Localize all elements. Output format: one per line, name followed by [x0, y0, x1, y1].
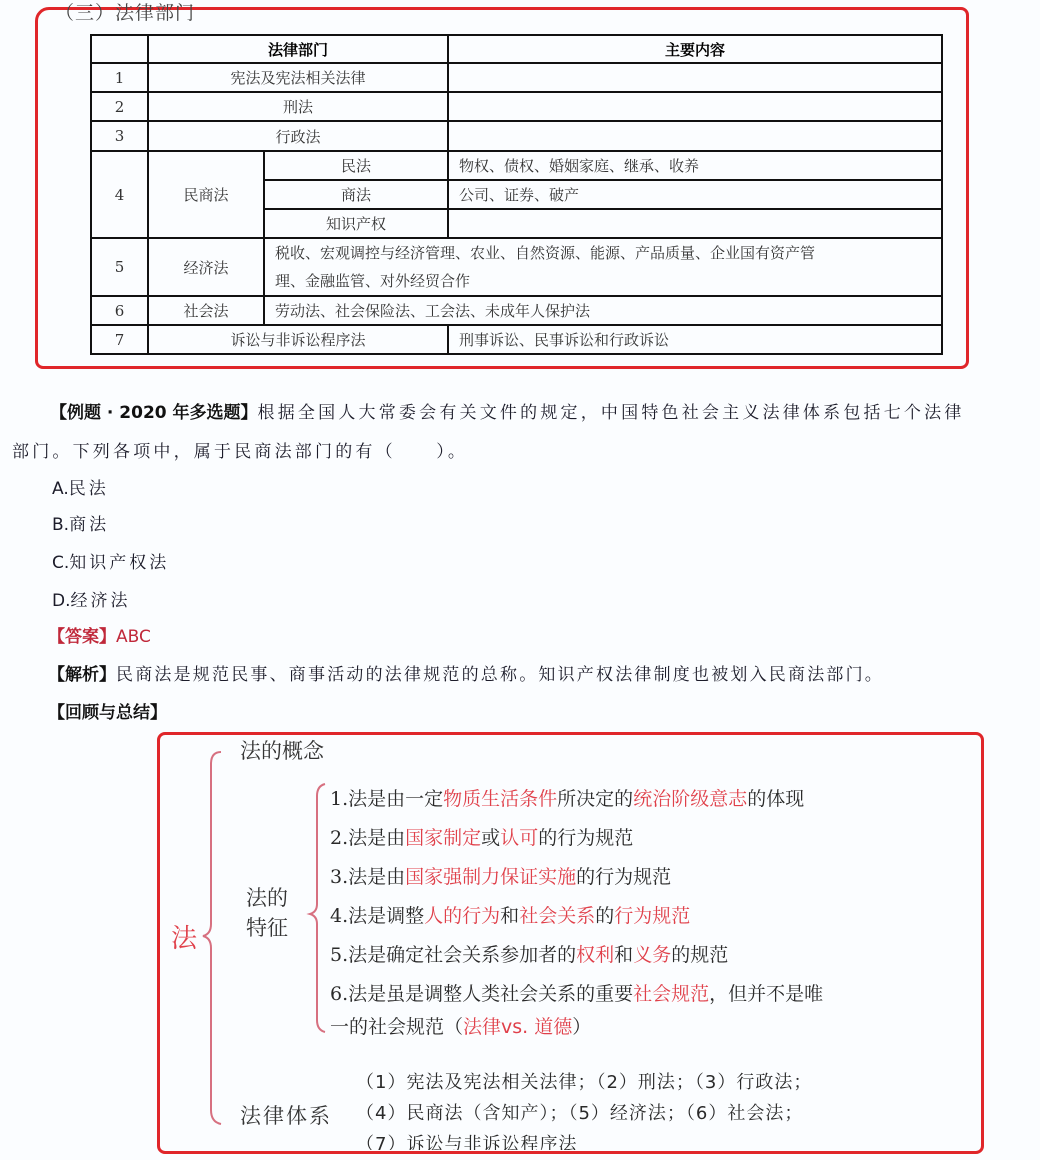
sub-dept: 商法 [264, 180, 448, 209]
system-line: （4）民商法（含知产）；（5）经济法；（6）社会法； [356, 1099, 803, 1125]
header-no [91, 35, 148, 63]
row-dept: 社会法 [148, 296, 264, 325]
mindmap-root: 法 [171, 918, 197, 955]
highlighted-term: 认可 [500, 827, 538, 849]
system-line: （7）诉讼与非诉讼程序法 [356, 1130, 577, 1150]
analysis-text: 民商法是规范民事、商事活动的法律规范的总称。知识产权法律制度也被划入民商法部门。 [116, 665, 884, 685]
question-tag: 【例题 · 2020 年多选题】 [50, 403, 258, 423]
feature-text: 所决定的 [557, 788, 633, 810]
feature-item: 一的社会规范（法律vs. 道德） [330, 1012, 591, 1039]
feature-number: 1. [330, 788, 348, 810]
table-row: 7 诉讼与非诉讼程序法 刑事诉讼、民事诉讼和行政诉讼 [91, 325, 942, 354]
option-letter: B. [52, 515, 69, 535]
feature-text: 法是由 [348, 866, 405, 888]
row-dept: 经济法 [148, 238, 264, 296]
features-label-line: 特征 [246, 913, 288, 943]
system-line: （1）宪法及宪法相关法律；（2）刑法；（3）行政法； [356, 1068, 812, 1094]
table-row: 5 经济法 税收、宏观调控与经济管理、农业、自然资源、能源、产品质量、企业国有资… [91, 238, 942, 296]
row-no: 1 [91, 63, 148, 92]
question-line-2: 部门。下列各项中，属于民商法部门的有（ ）。 [12, 437, 468, 462]
features-label-line: 法的 [246, 883, 288, 913]
option-letter: A. [52, 479, 69, 499]
feature-item: 5.法是确定社会关系参加者的权利和义务的规范 [330, 940, 728, 967]
feature-text: 的规范 [671, 944, 728, 966]
row-dept: 民商法 [148, 151, 264, 238]
row-no: 7 [91, 325, 148, 354]
feature-text: 法是调整 [348, 905, 424, 927]
highlighted-term: 物质生活条件 [443, 788, 557, 810]
mindmap-concept: 法的概念 [240, 735, 324, 765]
feature-text: 的 [595, 905, 614, 927]
option-a: A.民法 [52, 474, 109, 499]
highlighted-term: 统治阶级意志 [633, 788, 747, 810]
option-c: C.知识产权法 [52, 548, 169, 573]
feature-number: 3. [330, 866, 348, 888]
highlighted-term: 法律vs. 道德 [463, 1016, 572, 1038]
highlighted-term: 国家制定 [405, 827, 481, 849]
header-content: 主要内容 [448, 35, 942, 63]
feature-item: 1.法是由一定物质生活条件所决定的统治阶级意志的体现 [330, 784, 804, 811]
section-title: （三）法律部门 [55, 0, 195, 25]
feature-item: 3.法是由国家强制力保证实施的行为规范 [330, 862, 671, 889]
row-no: 3 [91, 121, 148, 151]
feature-text: ，但并不是唯 [709, 983, 823, 1005]
feature-text: 一的社会规范（ [330, 1016, 463, 1038]
highlighted-term: 义务 [633, 944, 671, 966]
option-letter: C. [52, 553, 69, 573]
features-brace-icon [305, 780, 329, 1036]
row-no: 5 [91, 238, 148, 296]
feature-item: 4.法是调整人的行为和社会关系的行为规范 [330, 901, 690, 928]
analysis: 【解析】民商法是规范民事、商事活动的法律规范的总称。知识产权法律制度也被划入民商… [48, 660, 884, 685]
row-content [448, 121, 942, 151]
table-row: 1 宪法及宪法相关法律 [91, 63, 942, 92]
root-brace-icon [195, 748, 225, 1128]
feature-item: 2.法是由国家制定或认可的行为规范 [330, 823, 633, 850]
option-d: D.经济法 [52, 586, 131, 611]
law-departments-table: 法律部门 主要内容 1 宪法及宪法相关法律 2 刑法 3 行政法 4 民商法 民… [90, 34, 943, 355]
feature-text: 法是确定社会关系参加者的 [348, 944, 576, 966]
feature-text: ） [572, 1016, 591, 1038]
feature-number: 4. [330, 905, 348, 927]
feature-text: 的体现 [747, 788, 804, 810]
content-line: 税收、宏观调控与经济管理、农业、自然资源、能源、产品质量、企业国有资产管 [275, 239, 941, 267]
mindmap-features-label: 法的 特征 [246, 883, 288, 943]
feature-number: 5. [330, 944, 348, 966]
row-dept: 宪法及宪法相关法律 [148, 63, 448, 92]
row-content: 劳动法、社会保险法、工会法、未成年人保护法 [264, 296, 942, 325]
review-heading: 【回顾与总结】 [48, 698, 167, 723]
row-content: 税收、宏观调控与经济管理、农业、自然资源、能源、产品质量、企业国有资产管 理、金… [264, 238, 942, 296]
table-row: 3 行政法 [91, 121, 942, 151]
header-dept: 法律部门 [148, 35, 448, 63]
table-row: 6 社会法 劳动法、社会保险法、工会法、未成年人保护法 [91, 296, 942, 325]
row-no: 2 [91, 92, 148, 121]
option-letter: D. [52, 591, 71, 611]
content-line: 理、金融监管、对外经贸合作 [275, 267, 941, 295]
option-text: 民法 [69, 479, 109, 499]
answer-tag: 【答案】 [48, 627, 116, 647]
row-content [448, 209, 942, 238]
analysis-tag: 【解析】 [48, 665, 116, 685]
row-dept: 刑法 [148, 92, 448, 121]
answer: 【答案】ABC [48, 622, 151, 647]
table-header-row: 法律部门 主要内容 [91, 35, 942, 63]
feature-text: 法是由一定 [348, 788, 443, 810]
feature-text: 的行为规范 [538, 827, 633, 849]
highlighted-term: 社会规范 [633, 983, 709, 1005]
question-text: 根据全国人大常委会有关文件的规定，中国特色社会主义法律体系包括七个法律 [258, 403, 965, 423]
feature-text: 和 [614, 944, 633, 966]
feature-item: 6.法是虽是调整人类社会关系的重要社会规范，但并不是唯 [330, 979, 823, 1006]
feature-text: 和 [500, 905, 519, 927]
option-text: 经济法 [71, 591, 131, 611]
sub-dept: 民法 [264, 151, 448, 180]
feature-text: 法是虽是调整人类社会关系的重要 [348, 983, 633, 1005]
row-content: 公司、证券、破产 [448, 180, 942, 209]
feature-number: 6. [330, 983, 348, 1005]
row-no: 4 [91, 151, 148, 238]
highlighted-term: 行为规范 [614, 905, 690, 927]
table-row: 2 刑法 [91, 92, 942, 121]
feature-text: 的行为规范 [576, 866, 671, 888]
option-text: 知识产权法 [69, 553, 169, 573]
highlighted-term: 国家强制力保证实施 [405, 866, 576, 888]
row-content [448, 63, 942, 92]
sub-dept: 知识产权 [264, 209, 448, 238]
row-content: 刑事诉讼、民事诉讼和行政诉讼 [448, 325, 942, 354]
question-line-1: 【例题 · 2020 年多选题】根据全国人大常委会有关文件的规定，中国特色社会主… [50, 398, 965, 423]
row-content [448, 92, 942, 121]
mindmap-system-label: 法律体系 [240, 1100, 332, 1130]
highlighted-term: 人的行为 [424, 905, 500, 927]
row-no: 6 [91, 296, 148, 325]
option-text: 商法 [69, 515, 109, 535]
feature-text: 或 [481, 827, 500, 849]
row-content: 物权、债权、婚姻家庭、继承、收养 [448, 151, 942, 180]
feature-number: 2. [330, 827, 348, 849]
answer-value: ABC [116, 627, 151, 647]
highlighted-term: 社会关系 [519, 905, 595, 927]
feature-text: 法是由 [348, 827, 405, 849]
row-dept: 诉讼与非诉讼程序法 [148, 325, 448, 354]
row-dept: 行政法 [148, 121, 448, 151]
table-row: 4 民商法 民法 物权、债权、婚姻家庭、继承、收养 [91, 151, 942, 180]
option-b: B.商法 [52, 510, 109, 535]
highlighted-term: 权利 [576, 944, 614, 966]
